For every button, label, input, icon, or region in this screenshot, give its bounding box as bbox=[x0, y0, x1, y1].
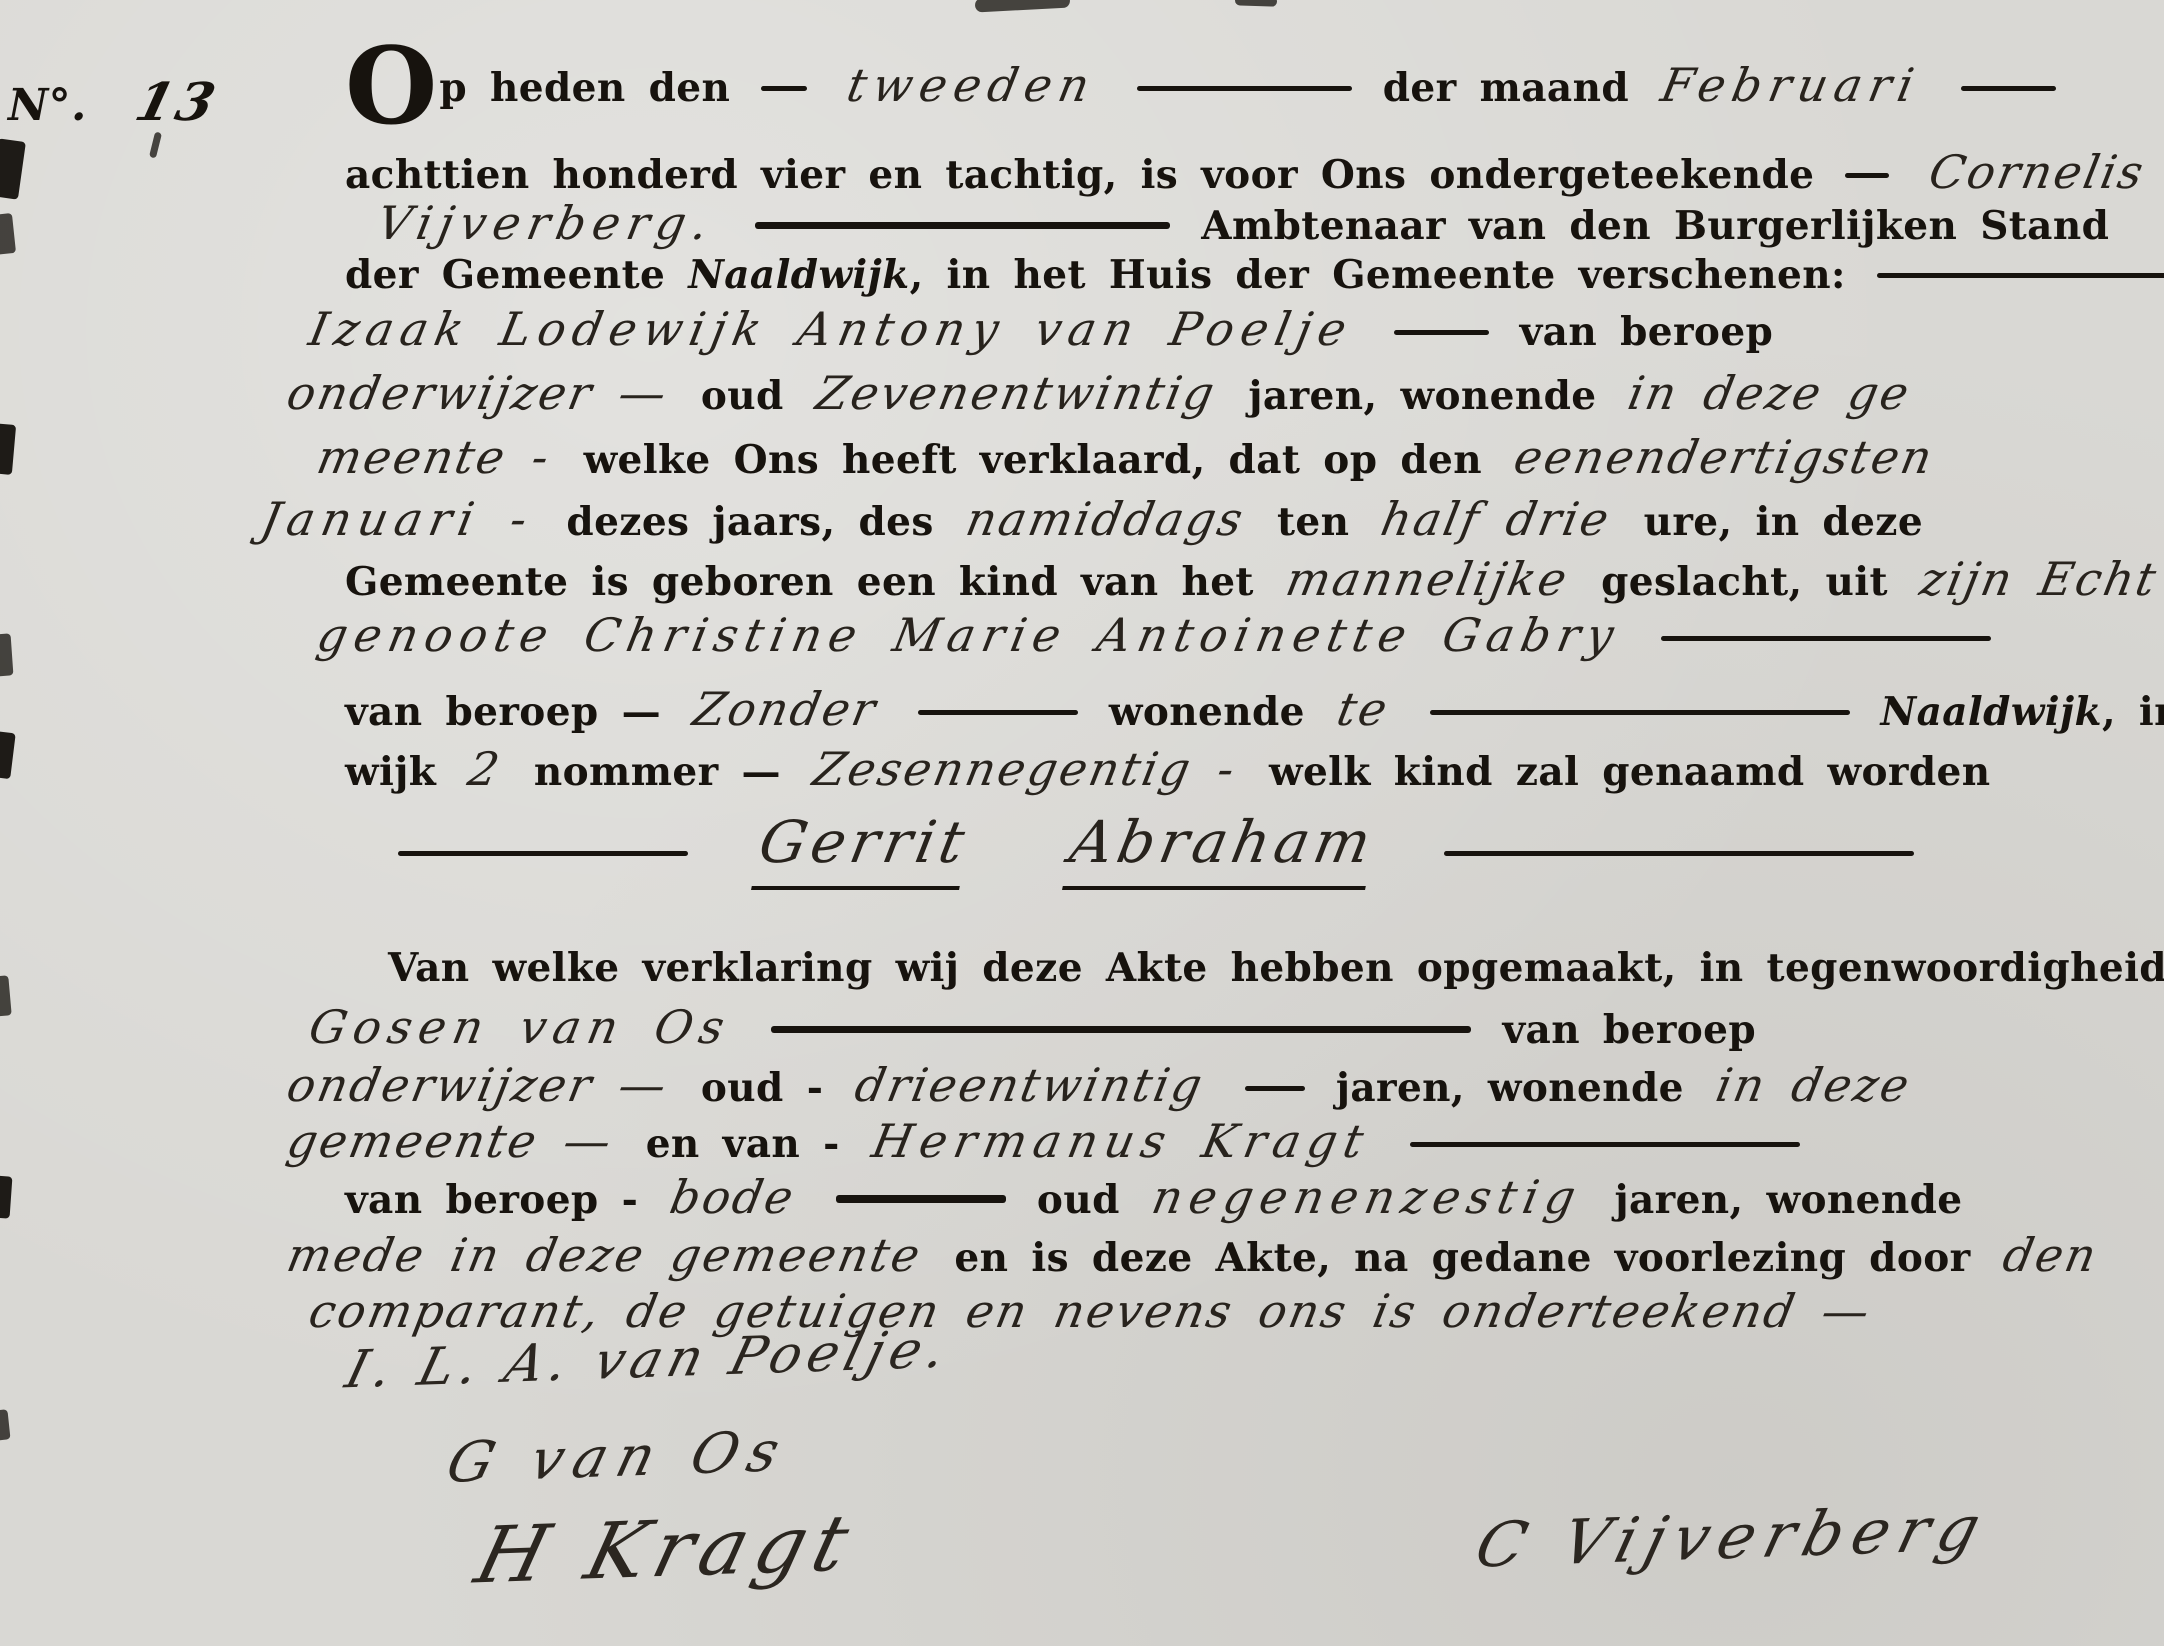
signature-witness1: G van Os bbox=[440, 1419, 796, 1496]
scan-artifact bbox=[0, 423, 16, 475]
line-child-gender: Gemeente is geboren een kind van het man… bbox=[345, 552, 2164, 606]
line-address-childname-intro: wijk 2 nommer — Zesennegentig - welk kin… bbox=[345, 742, 1991, 796]
filler-rule bbox=[1845, 173, 1889, 178]
scan-artifact bbox=[1235, 0, 1277, 7]
filler-rule bbox=[918, 710, 1078, 715]
printed-text: Van welke verklaring wij deze Akte hebbe… bbox=[388, 945, 2164, 991]
birth-record-page: N°.13 Op heden den tweeden der maand Feb… bbox=[0, 0, 2164, 1646]
handwritten-residence: mede in deze gemeente bbox=[283, 1228, 927, 1282]
scan-artifact bbox=[0, 1409, 11, 1441]
handwritten-spouse-intro: zijn Echt bbox=[1916, 552, 2163, 606]
scan-artifact bbox=[0, 1175, 12, 1218]
filler-rule bbox=[1394, 330, 1489, 335]
scan-artifact bbox=[0, 138, 26, 199]
line-witness1-occupation-age: onderwijzer — oud - drieentwintig jaren,… bbox=[278, 1058, 1920, 1112]
signature-registrar: C Vijverberg bbox=[1468, 1491, 1996, 1582]
act-number: N°.13 bbox=[8, 72, 217, 133]
filler-rule bbox=[1877, 273, 2164, 278]
printed-text: van beroep - bbox=[345, 1177, 638, 1223]
act-number-value: 13 bbox=[129, 72, 225, 133]
handwritten-official-surname: Vijverberg. bbox=[373, 196, 720, 250]
scan-artifact bbox=[0, 731, 16, 779]
handwritten-month: Februari bbox=[1657, 58, 1925, 112]
handwritten-mother-occupation: Zonder bbox=[689, 682, 882, 736]
handwritten-declarant-name: Izaak Lodewijk Antony van Poelje bbox=[305, 302, 1358, 356]
line-municipality: der Gemeente Naaldwijk, in het Huis der … bbox=[345, 252, 2164, 298]
line-mother-name: genoote Christine Marie Antoinette Gabry bbox=[308, 608, 1999, 662]
handwritten-wijk: 2 bbox=[464, 742, 506, 796]
handwritten-age: Zevenentwintig bbox=[811, 366, 1220, 420]
handwritten-mother-name: genoote Christine Marie Antoinette Gabry bbox=[313, 608, 1625, 662]
printed-text: wonende bbox=[1109, 689, 1305, 735]
filler-rule bbox=[1137, 86, 1352, 91]
drop-cap: O bbox=[345, 23, 437, 148]
printed-text: Ambtenaar van den Burgerlijken Stand bbox=[1201, 203, 2109, 249]
printed-text: ure, in deze bbox=[1644, 499, 1923, 545]
printed-text: jaren, wonende bbox=[1248, 373, 1596, 419]
handwritten-daypart: namiddags bbox=[961, 492, 1249, 546]
handwritten-signing-clause: comparant, de getuigen en nevens ons is … bbox=[305, 1284, 1876, 1338]
handwritten-birth-day: eenendertigsten bbox=[1510, 430, 1939, 484]
printed-text: van beroep bbox=[1520, 309, 1774, 355]
printed-text: Gemeente is geboren een kind van het bbox=[345, 559, 1254, 605]
printed-text: oud - bbox=[701, 1065, 823, 1111]
act-number-label: N°. bbox=[8, 80, 87, 131]
line-declaration-date: meente - welke Ons heeft verklaard, dat … bbox=[308, 430, 1944, 484]
printed-text: , in bbox=[2102, 689, 2164, 735]
handwritten-te: te bbox=[1333, 682, 1394, 736]
handwritten-occupation: bode bbox=[666, 1170, 800, 1224]
handwritten-gender: mannelijke bbox=[1282, 552, 1574, 606]
printed-text: nommer — bbox=[534, 749, 781, 795]
printed-text: van beroep — bbox=[345, 689, 661, 735]
printed-text: en van - bbox=[646, 1121, 840, 1167]
filler-rule bbox=[1961, 86, 2056, 91]
printed-text: jaren, wonende bbox=[1614, 1177, 1962, 1223]
line-reading-clause: mede in deze gemeente en is deze Akte, n… bbox=[278, 1228, 2107, 1282]
printed-text: ten bbox=[1277, 499, 1349, 545]
printed-text: achttien honderd vier en tachtig, is voo… bbox=[345, 152, 1814, 198]
handwritten-witness1-name: Gosen van Os bbox=[305, 1000, 736, 1054]
handwritten-witness2-name: Hermanus Kragt bbox=[867, 1114, 1374, 1168]
filler-rule bbox=[761, 86, 807, 91]
line-declarant-name: Izaak Lodewijk Antony van Poelje van ber… bbox=[300, 302, 1773, 356]
printed-text: oud bbox=[701, 373, 784, 419]
filler-rule bbox=[771, 1026, 1471, 1033]
filler-rule bbox=[1245, 1086, 1305, 1091]
printed-text: welk kind zal genaamd worden bbox=[1269, 749, 1991, 795]
handwritten-child-firstname: Gerrit bbox=[751, 808, 975, 890]
printed-text: en is deze Akte, na gedane voorlezing do… bbox=[954, 1235, 1970, 1281]
printed-text: van beroep bbox=[1502, 1007, 1756, 1053]
printed-text: der Gemeente bbox=[345, 252, 665, 298]
printed-text: geslacht, uit bbox=[1601, 559, 1888, 605]
handwritten-age: negenenzestig bbox=[1148, 1170, 1587, 1224]
filler-rule bbox=[398, 851, 688, 856]
filler-rule bbox=[1410, 1142, 1800, 1147]
printed-text: wijk bbox=[345, 749, 436, 795]
handwritten-child-middlename: Abraham bbox=[1062, 808, 1381, 890]
handwritten-occupation: onderwijzer — bbox=[283, 1058, 673, 1112]
printed-text: dezes jaars, des bbox=[566, 499, 933, 545]
line-official-surname: Vijverberg. Ambtenaar van den Burgerlijk… bbox=[368, 196, 2109, 250]
line-birth-time: Januari - dezes jaars, des namiddags ten… bbox=[252, 492, 1923, 546]
filler-rule bbox=[1444, 851, 1914, 856]
line-witness-intro: Van welke verklaring wij deze Akte hebbe… bbox=[388, 945, 2164, 991]
line-witness2-occupation-age: van beroep - bode oud negenenzestig jare… bbox=[345, 1170, 1962, 1224]
handwritten-hour: half drie bbox=[1377, 492, 1616, 546]
printed-text: oud bbox=[1037, 1177, 1120, 1223]
handwritten-residence: in deze ge bbox=[1624, 366, 1916, 420]
filler-rule bbox=[1661, 636, 1991, 641]
handwritten-occupation: onderwijzer — bbox=[283, 366, 673, 420]
line-mother-occupation-residence: van beroep — Zonder wonende te Naaldwijk… bbox=[345, 682, 2164, 736]
handwritten-residence: in deze bbox=[1712, 1058, 1916, 1112]
line-child-name: Gerrit Abraham bbox=[390, 808, 1922, 890]
scan-artifact bbox=[0, 213, 16, 255]
scan-artifact bbox=[149, 132, 162, 159]
line-signing-clause: comparant, de getuigen en nevens ons is … bbox=[300, 1284, 1881, 1338]
handwritten-official-firstname: Cornelis bbox=[1925, 145, 2150, 199]
printed-text: , in het Huis der Gemeente verschenen: bbox=[910, 252, 1846, 298]
scan-artifact bbox=[975, 0, 1071, 12]
line-year-official: achttien honderd vier en tachtig, is voo… bbox=[345, 145, 2155, 199]
handwritten-day: tweeden bbox=[843, 58, 1101, 112]
printed-text: der maand bbox=[1383, 65, 1629, 111]
handwritten-residence-cont: gemeente — bbox=[283, 1114, 618, 1168]
printed-text: welke Ons heeft verklaard, dat op den bbox=[584, 437, 1482, 483]
filler-rule bbox=[755, 222, 1170, 229]
municipality-name: Naaldwijk bbox=[1881, 689, 2102, 735]
scan-artifact bbox=[0, 633, 13, 676]
handwritten-residence-cont: meente - bbox=[313, 430, 556, 484]
handwritten-housenumber: Zesennegentig - bbox=[809, 742, 1242, 796]
printed-text: jaren, wonende bbox=[1336, 1065, 1684, 1111]
line-registration-date: Op heden den tweeden der maand Februari bbox=[345, 58, 2064, 112]
handwritten-age: drieentwintig bbox=[851, 1058, 1209, 1112]
filler-rule bbox=[1430, 710, 1850, 715]
filler-rule bbox=[836, 1195, 1006, 1203]
line-declarant-occupation-age: onderwijzer — oud Zevenentwintig jaren, … bbox=[278, 366, 1921, 420]
signature-witness2: H Kragt bbox=[467, 1499, 865, 1602]
municipality-name: Naaldwijk bbox=[688, 252, 909, 298]
handwritten-den: den bbox=[1998, 1228, 2102, 1282]
printed-text: p heden den bbox=[439, 65, 730, 111]
line-witness2-name: gemeente — en van - Hermanus Kragt bbox=[278, 1114, 1808, 1168]
line-witness1-name: Gosen van Os van beroep bbox=[300, 1000, 1756, 1054]
scan-artifact bbox=[0, 975, 12, 1016]
handwritten-birth-month: Januari - bbox=[257, 492, 539, 546]
